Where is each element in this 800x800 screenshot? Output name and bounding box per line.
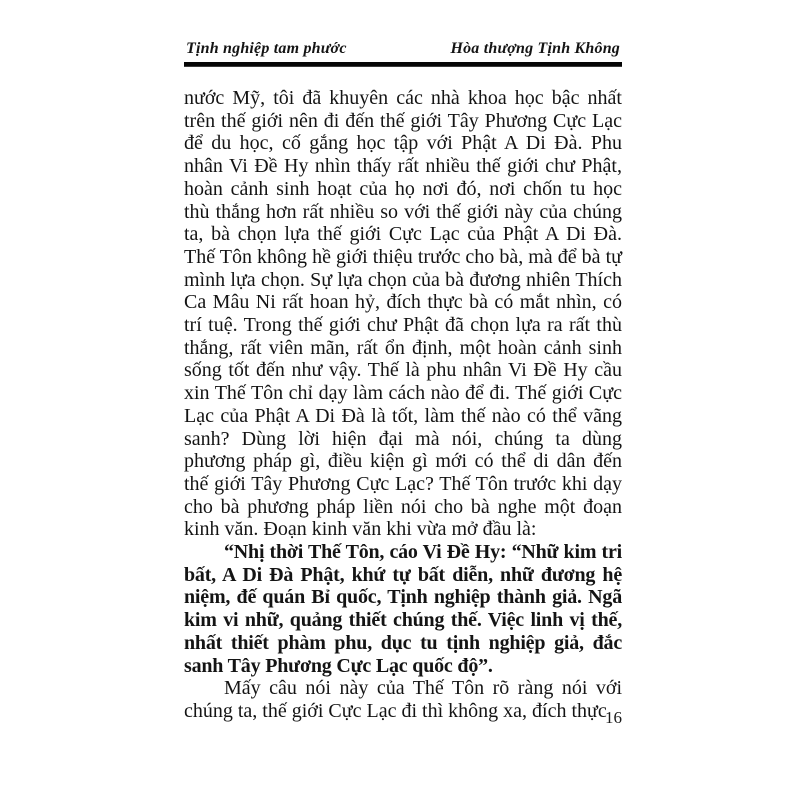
running-head-right-title: Hòa thượng Tịnh Không (450, 40, 620, 58)
paragraph-continued: nước Mỹ, tôi đã khuyên các nhà khoa học … (184, 87, 622, 541)
book-page: Tịnh nghiệp tam phước Hòa thượng Tịnh Kh… (0, 0, 800, 800)
running-head-left-title: Tịnh nghiệp tam phước (186, 40, 347, 58)
page-footer: 16 (184, 708, 622, 728)
running-head: Tịnh nghiệp tam phước Hòa thượng Tịnh Kh… (184, 40, 622, 62)
text-column: Tịnh nghiệp tam phước Hòa thượng Tịnh Kh… (184, 40, 622, 723)
page-number: 16 (605, 708, 622, 727)
page-body-text: nước Mỹ, tôi đã khuyên các nhà khoa học … (184, 87, 622, 723)
header-rule (184, 62, 622, 67)
sutra-quote-paragraph: “Nhị thời Thế Tôn, cáo Vi Đề Hy: “Nhữ ki… (184, 541, 622, 677)
